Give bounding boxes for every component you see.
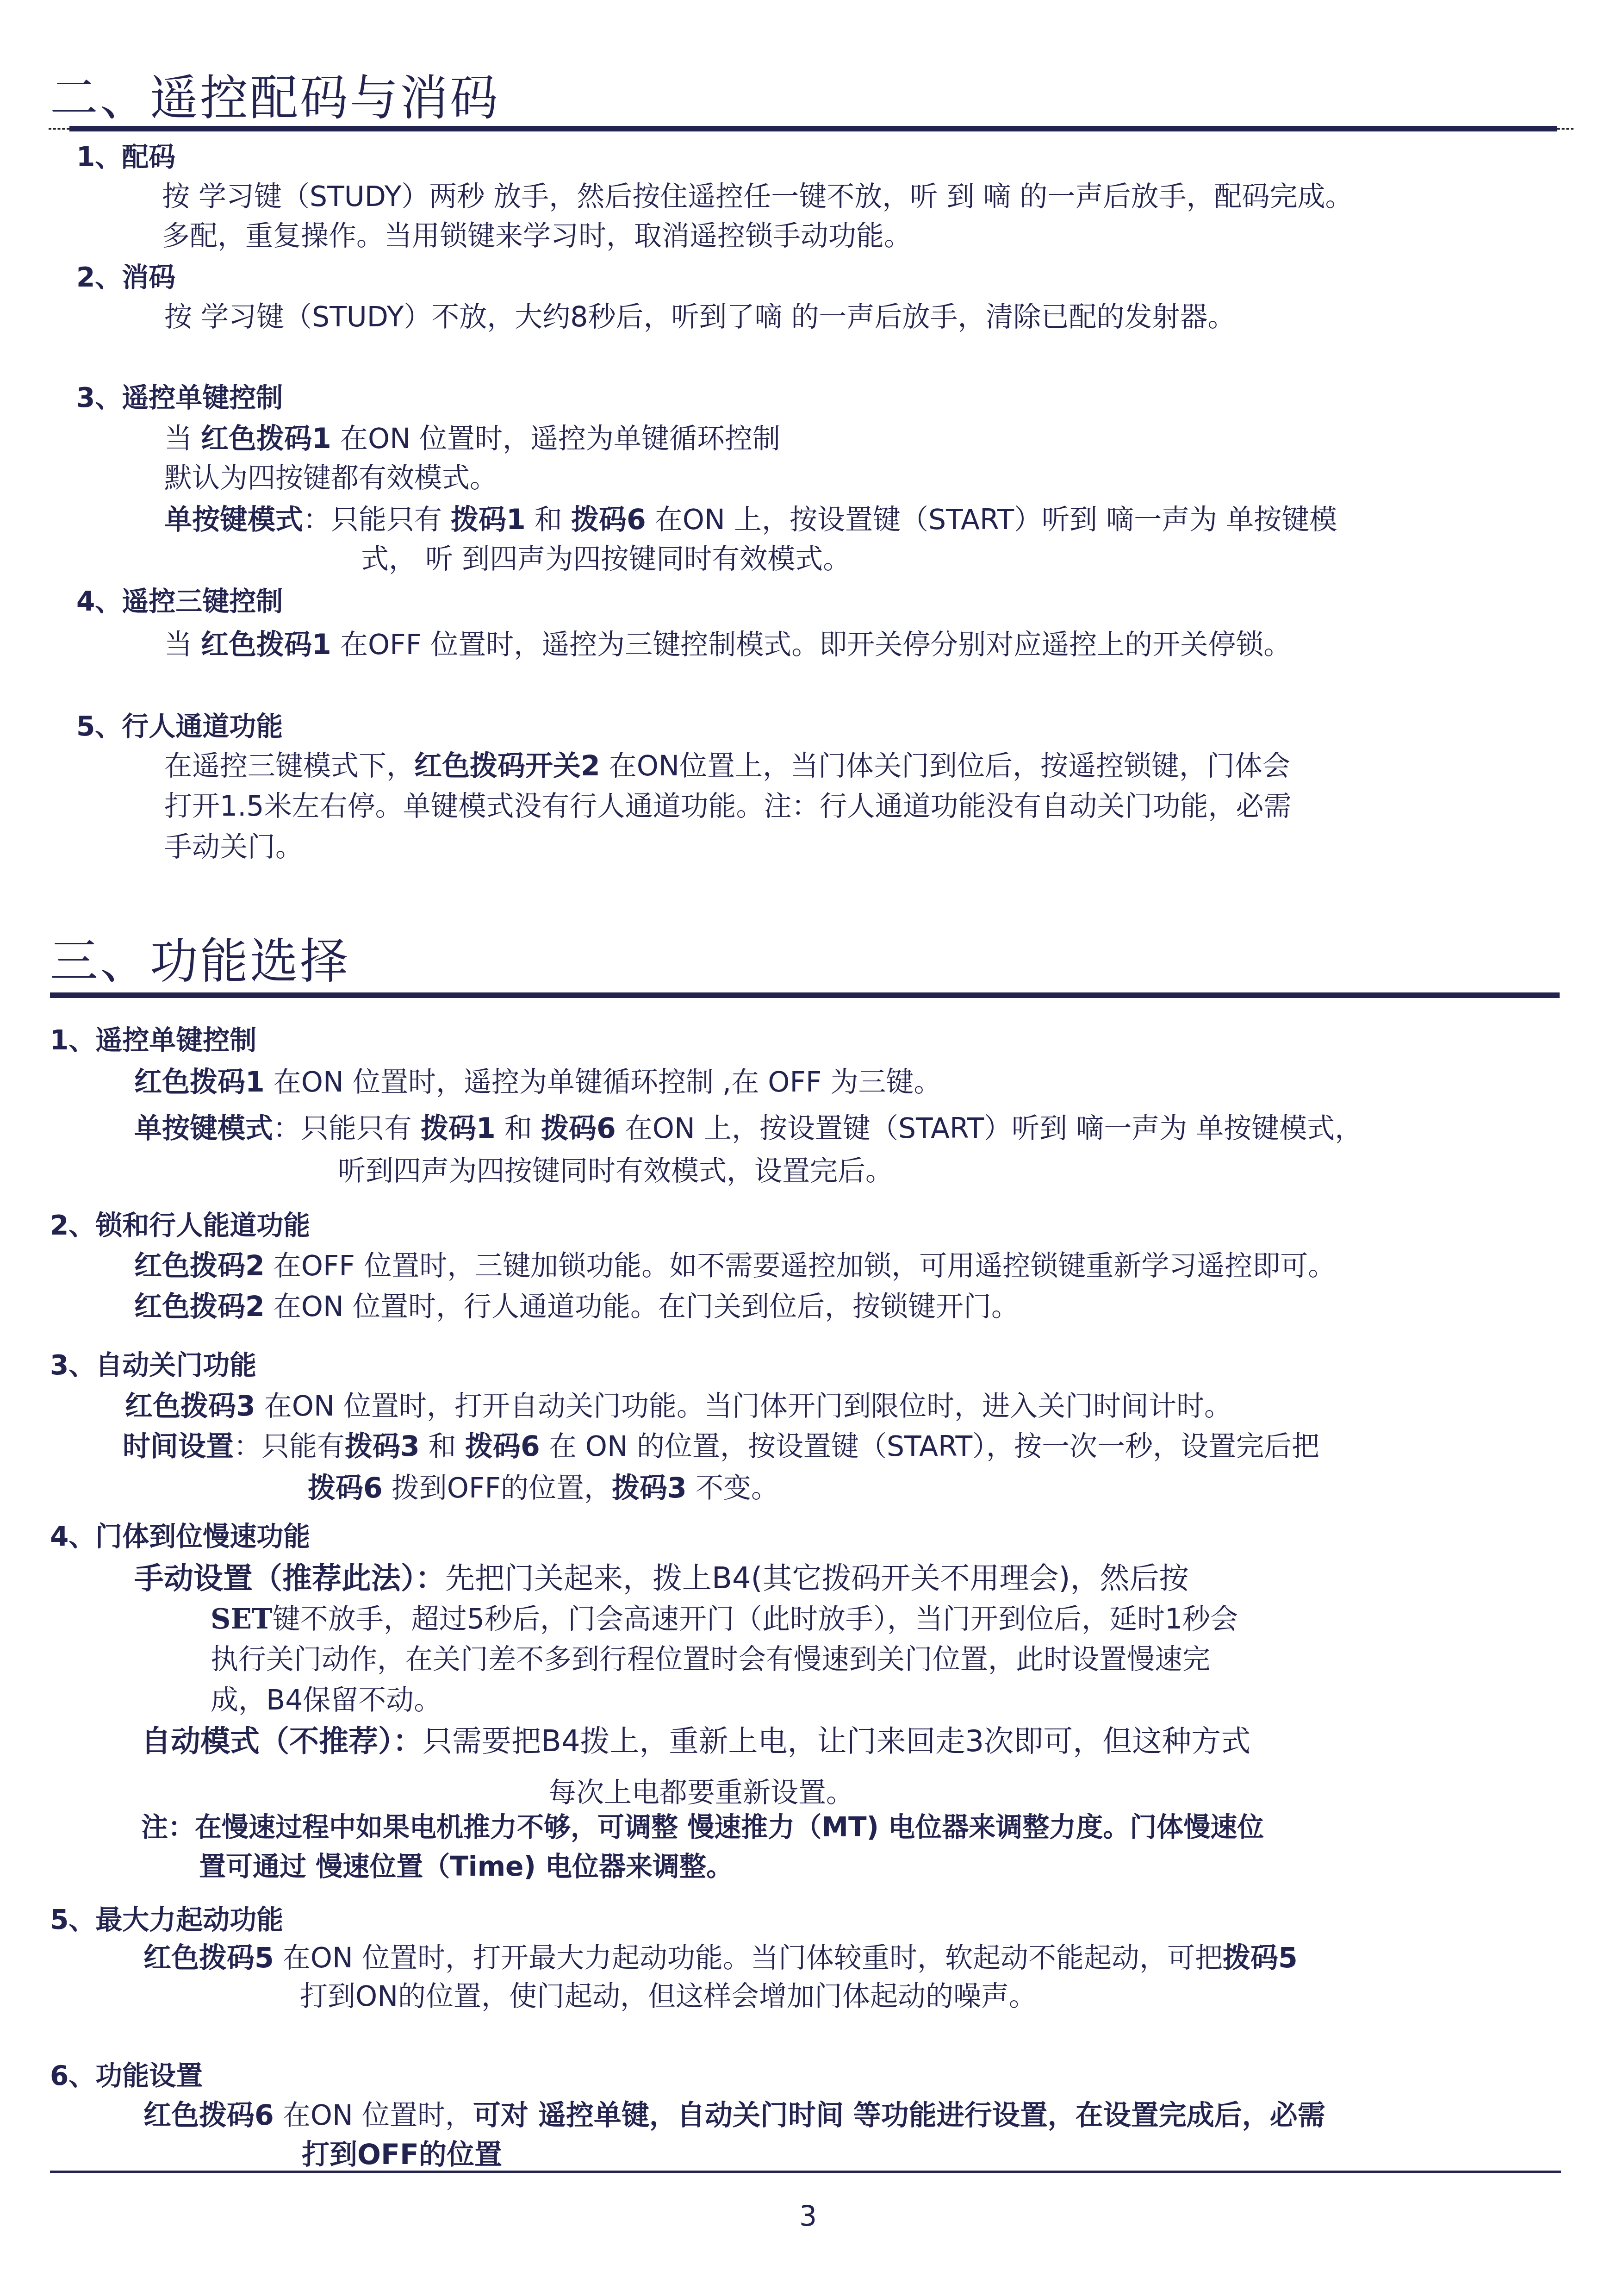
func-manual-setting-line-1: 手动设置（推荐此法）：先把门关起来，拨上B4(其它拨码开关不用理会)，然后按 bbox=[134, 1564, 1189, 1593]
single-key-line-1: 当 红色拨码1 在ON 位置时，遥控为单键循环控制 bbox=[164, 425, 780, 453]
pedestrian-line-2: 打开1.5米左右停。单键模式没有行人通道功能。注：行人通道功能没有自动关门功能，… bbox=[164, 792, 1291, 820]
func-manual-setting-line-4: 成，B4保留不动。 bbox=[211, 1686, 442, 1714]
single-key-mode-line-cont: 式， 听 到四声为四按键同时有效模式。 bbox=[361, 545, 851, 573]
section-3-rule bbox=[50, 992, 1560, 998]
func-manual-setting-line-3: 执行关门动作，在关门差不多到行程位置时会有慢速到关门位置，此时设置慢速完 bbox=[211, 1646, 1210, 1673]
func-subheading-single-key: 1、遥控单键控制 bbox=[50, 1027, 256, 1054]
pedestrian-line-1: 在遥控三键模式下，红色拨码开关2 在ON位置上，当门体关门到位后，按遥控锁键，门… bbox=[164, 752, 1290, 780]
func-manual-setting-line-2: SET键不放手，超过5秒后，门会高速开门（此时放手），当门开到位后，延时1秒会 bbox=[211, 1605, 1238, 1633]
func-subheading-slow-speed: 4、门体到位慢速功能 bbox=[50, 1523, 310, 1550]
section-2-rule-tail-right bbox=[1557, 128, 1573, 130]
subheading-three-key: 4、遥控三键控制 bbox=[76, 588, 283, 615]
section-2-title: 二、遥控配码与消码 bbox=[50, 74, 500, 122]
func-subheading-function-setting: 6、功能设置 bbox=[50, 2062, 203, 2089]
func-max-force-line-1: 红色拨码5 在ON 位置时，打开最大力起动功能。当门体较重时，软起动不能起动，可… bbox=[143, 1944, 1298, 1972]
subheading-pedestrian: 5、行人通道功能 bbox=[76, 713, 283, 740]
footer-rule bbox=[50, 2171, 1561, 2173]
func-setting-line-2: 打到OFF的位置 bbox=[302, 2141, 502, 2169]
func-auto-mode-line-2: 每次上电都要重新设置。 bbox=[548, 1779, 854, 1807]
func-slow-speed-note-line-2: 置可通过 慢速位置（Time) 电位器来调整。 bbox=[199, 1853, 733, 1880]
func-setting-line-1: 红色拨码6 在ON 位置时，可对 遥控单键，自动关门时间 等功能进行设置，在设置… bbox=[143, 2102, 1325, 2129]
clear-code-line-1: 按 学习键（STUDY）不放，大约8秒后，听到了嘀 的一声后放手，清除已配的发射… bbox=[164, 303, 1236, 331]
func-time-setting-line: 时间设置：只能有拨码3 和 拨码6 在 ON 的位置，按设置键（START），按… bbox=[123, 1433, 1319, 1460]
func-single-key-line-1: 红色拨码1 在ON 位置时，遥控为单键循环控制 ,在 OFF 为三键。 bbox=[134, 1068, 942, 1096]
single-key-mode-line: 单按键模式：只能只有 拨码1 和 拨码6 在ON 上，按设置键（START）听到… bbox=[164, 506, 1337, 534]
func-lock-line-1: 红色拨码2 在OFF 位置时，三键加锁功能。如不需要遥控加锁，可用遥控锁键重新学… bbox=[134, 1252, 1336, 1280]
func-max-force-line-2: 打到ON的位置，使门起动，但这样会增加门体起动的噪声。 bbox=[300, 1983, 1037, 2010]
func-auto-close-line-1: 红色拨码3 在ON 位置时，打开自动关门功能。当门体开门到限位时，进入关门时间计… bbox=[125, 1392, 1232, 1420]
func-subheading-lock-pedestrian: 2、锁和行人能道功能 bbox=[50, 1212, 310, 1239]
section-2-rule bbox=[69, 126, 1557, 131]
func-single-key-mode-line-cont: 听到四声为四按键同时有效模式，设置完后。 bbox=[338, 1157, 893, 1185]
subheading-pairing: 1、配码 bbox=[76, 143, 175, 170]
func-single-key-mode-line: 单按键模式：只能只有 拨码1 和 拨码6 在ON 上，按设置键（START）听到… bbox=[134, 1115, 1362, 1142]
func-auto-mode-line-1: 自动模式（不推荐）：只需要把B4拨上，重新上电，让门来回走3次即可，但这种方式 bbox=[141, 1727, 1250, 1756]
pairing-line-2: 多配，重复操作。当用锁键来学习时，取消遥控锁手动功能。 bbox=[162, 222, 912, 250]
three-key-line-1: 当 红色拨码1 在OFF 位置时，遥控为三键控制模式。即开关停分别对应遥控上的开… bbox=[164, 631, 1291, 659]
func-subheading-max-force: 5、最大力起动功能 bbox=[50, 1906, 283, 1933]
page-number: 3 bbox=[799, 2202, 817, 2230]
section-2-rule-tail-left bbox=[49, 128, 69, 130]
subheading-clear-code: 2、消码 bbox=[76, 264, 175, 291]
subheading-single-key: 3、遥控单键控制 bbox=[76, 384, 283, 411]
func-subheading-auto-close: 3、自动关门功能 bbox=[50, 1352, 256, 1379]
func-time-setting-line-cont: 拨码6 拨到OFF的位置，拨码3 不变。 bbox=[308, 1474, 779, 1502]
section-3-title: 三、功能选择 bbox=[50, 937, 350, 986]
single-key-line-2: 默认为四按键都有效模式。 bbox=[164, 464, 497, 492]
pedestrian-line-3: 手动关门。 bbox=[164, 833, 303, 861]
pairing-line-1: 按 学习键（STUDY）两秒 放手，然后按住遥控任一键不放，听 到 嘀 的一声后… bbox=[162, 183, 1353, 211]
func-lock-line-2: 红色拨码2 在ON 位置时，行人通道功能。在门关到位后，按锁键开门。 bbox=[134, 1293, 1019, 1321]
func-slow-speed-note-line-1: 注：在慢速过程中如果电机推力不够，可调整 慢速推力（MT) 电位器来调整力度。门… bbox=[141, 1814, 1264, 1841]
